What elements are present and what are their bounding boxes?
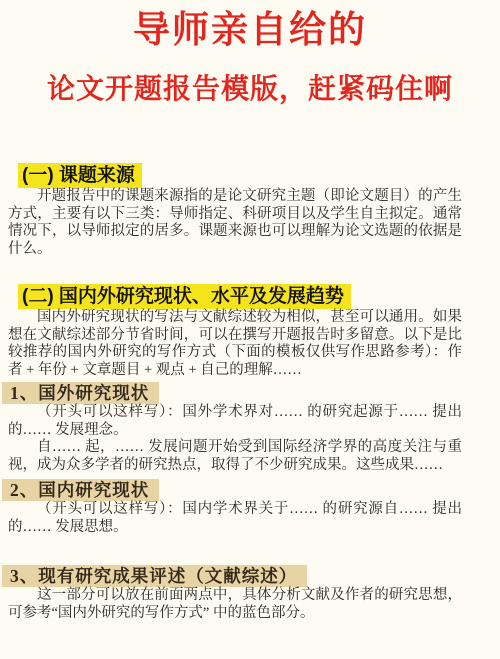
subsection-2-paragraph: （开头可以这样写）：国内学术界关于…… 的研究源自…… 提出的…… 发展思想。 bbox=[8, 501, 462, 536]
poster-header: 导师亲自给的 论文开题报告模版，赶紧码住啊 bbox=[0, 8, 500, 106]
section-1-paragraph: 开题报告中的课题来源指的是论文研究主题（即论文题目）的产生方式，主要有以下三类：… bbox=[8, 188, 462, 258]
subsection-1-paragraph-2: 自…… 起，…… 发展问题开始受到国际经济学界的高度关注与重视，成为众多学者的研… bbox=[8, 439, 462, 474]
section-1-heading: (一) 课题来源 bbox=[18, 163, 142, 188]
subtitle: 论文开题报告模版，赶紧码住啊 bbox=[0, 72, 500, 106]
subsection-1-heading: 1、国外研究现状 bbox=[2, 382, 159, 404]
section-1: (一) 课题来源 bbox=[8, 106, 462, 188]
subsection-1: 1、国外研究现状 bbox=[8, 379, 462, 404]
subsection-3-heading: 3、现有研究成果评述（文献综述） bbox=[2, 565, 307, 587]
subsection-2-heading: 2、国内研究现状 bbox=[2, 479, 159, 501]
subsection-1-paragraph-1: （开头可以这样写）：国外学术界对…… 的研究起源于…… 提出的…… 发展理念。 bbox=[8, 404, 462, 439]
section-2: (二) 国内外研究现状、水平及发展趋势 bbox=[8, 258, 462, 309]
document-page: 导师亲自给的 论文开题报告模版，赶紧码住啊 (一) 课题来源 开题报告中的课题来… bbox=[0, 0, 500, 659]
subsection-3-paragraph: 这一部分可以放在前面两点中，具体分析文献及作者的研究思想，可参考“国内外研究的写… bbox=[8, 587, 462, 622]
section-2-paragraph: 国内外研究现状的写法与文献综述较为相似，甚至可以通用。如果想在文献综述部分节省时… bbox=[8, 309, 462, 379]
section-2-heading: (二) 国内外研究现状、水平及发展趋势 bbox=[18, 284, 351, 309]
main-title: 导师亲自给的 bbox=[0, 8, 500, 52]
document-body: (一) 课题来源 开题报告中的课题来源指的是论文研究主题（即论文题目）的产生方式… bbox=[0, 106, 500, 622]
subsection-2: 2、国内研究现状 bbox=[8, 474, 462, 501]
subsection-3: 3、现有研究成果评述（文献综述） bbox=[8, 536, 462, 587]
